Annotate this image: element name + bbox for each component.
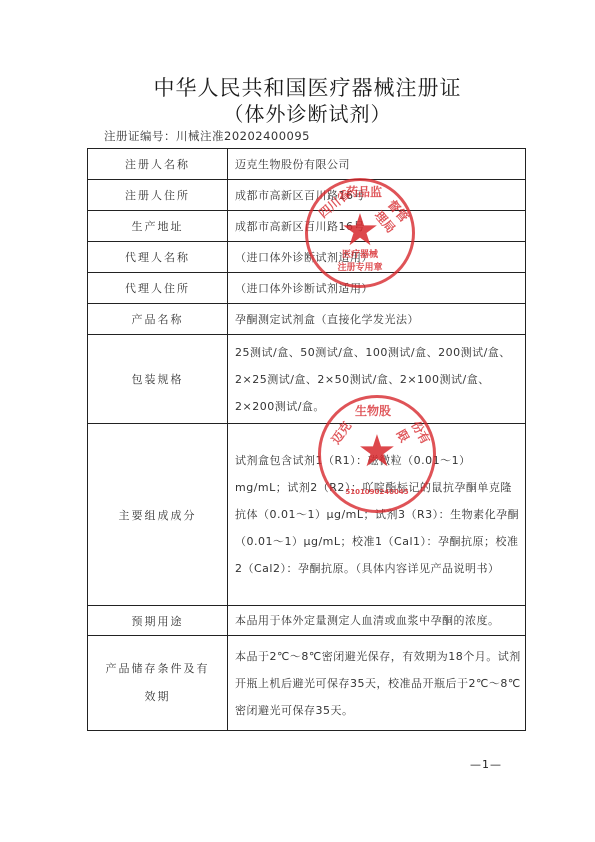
table-row: 包装规格 25测试/盒、50测试/盒、100测试/盒、200测试/盒、2×25测… bbox=[88, 335, 526, 424]
row-value: （进口体外诊断试剂适用） bbox=[228, 273, 526, 304]
row-label: 注册人名称 bbox=[88, 149, 228, 180]
row-value: 成都市高新区百川路16号 bbox=[228, 180, 526, 211]
table-row: 主要组成成分 试剂盒包含试剂1（R1）：磁微粒（0.01～1）mg/mL；试剂2… bbox=[88, 424, 526, 606]
row-value: 本品于2℃～8℃密闭避光保存，有效期为18个月。试剂开瓶上机后避光可保存35天，… bbox=[228, 636, 526, 731]
document-subtitle: （体外诊断试剂） bbox=[10, 98, 595, 127]
registration-number-value: 川械注准20202400095 bbox=[176, 129, 310, 143]
table-row: 代理人名称 （进口体外诊断试剂适用） bbox=[88, 242, 526, 273]
row-label: 代理人名称 bbox=[88, 242, 228, 273]
table-row: 注册人名称 迈克生物股份有限公司 bbox=[88, 149, 526, 180]
table-row: 产品名称 孕酮测定试剂盒（直接化学发光法） bbox=[88, 304, 526, 335]
row-value: 迈克生物股份有限公司 bbox=[228, 149, 526, 180]
row-label: 注册人住所 bbox=[88, 180, 228, 211]
table-row: 预期用途 本品用于体外定量测定人血清或血浆中孕酮的浓度。 bbox=[88, 606, 526, 636]
row-value: 试剂盒包含试剂1（R1）：磁微粒（0.01～1）mg/mL；试剂2（R2）：吖啶… bbox=[228, 424, 526, 606]
row-value: 成都市高新区百川路16号 bbox=[228, 211, 526, 242]
row-value: 25测试/盒、50测试/盒、100测试/盒、200测试/盒、2×25测试/盒、2… bbox=[228, 335, 526, 424]
row-label: 预期用途 bbox=[88, 606, 228, 636]
page-number: —1— bbox=[470, 758, 502, 771]
row-label: 包装规格 bbox=[88, 335, 228, 424]
registration-number: 注册证编号：川械注准20202400095 bbox=[104, 128, 310, 144]
row-value: （进口体外诊断试剂适用） bbox=[228, 242, 526, 273]
table-row: 代理人住所 （进口体外诊断试剂适用） bbox=[88, 273, 526, 304]
table-row: 注册人住所 成都市高新区百川路16号 bbox=[88, 180, 526, 211]
row-label: 主要组成成分 bbox=[88, 424, 228, 606]
row-value: 本品用于体外定量测定人血清或血浆中孕酮的浓度。 bbox=[228, 606, 526, 636]
certificate-table: 注册人名称 迈克生物股份有限公司 注册人住所 成都市高新区百川路16号 生产地址… bbox=[87, 148, 526, 731]
row-value: 孕酮测定试剂盒（直接化学发光法） bbox=[228, 304, 526, 335]
table-row: 生产地址 成都市高新区百川路16号 bbox=[88, 211, 526, 242]
row-label: 生产地址 bbox=[88, 211, 228, 242]
row-label: 产品储存条件及有效期 bbox=[88, 636, 228, 731]
row-label: 代理人住所 bbox=[88, 273, 228, 304]
table-row: 产品储存条件及有效期 本品于2℃～8℃密闭避光保存，有效期为18个月。试剂开瓶上… bbox=[88, 636, 526, 731]
row-label: 产品名称 bbox=[88, 304, 228, 335]
registration-number-label: 注册证编号： bbox=[104, 129, 176, 143]
